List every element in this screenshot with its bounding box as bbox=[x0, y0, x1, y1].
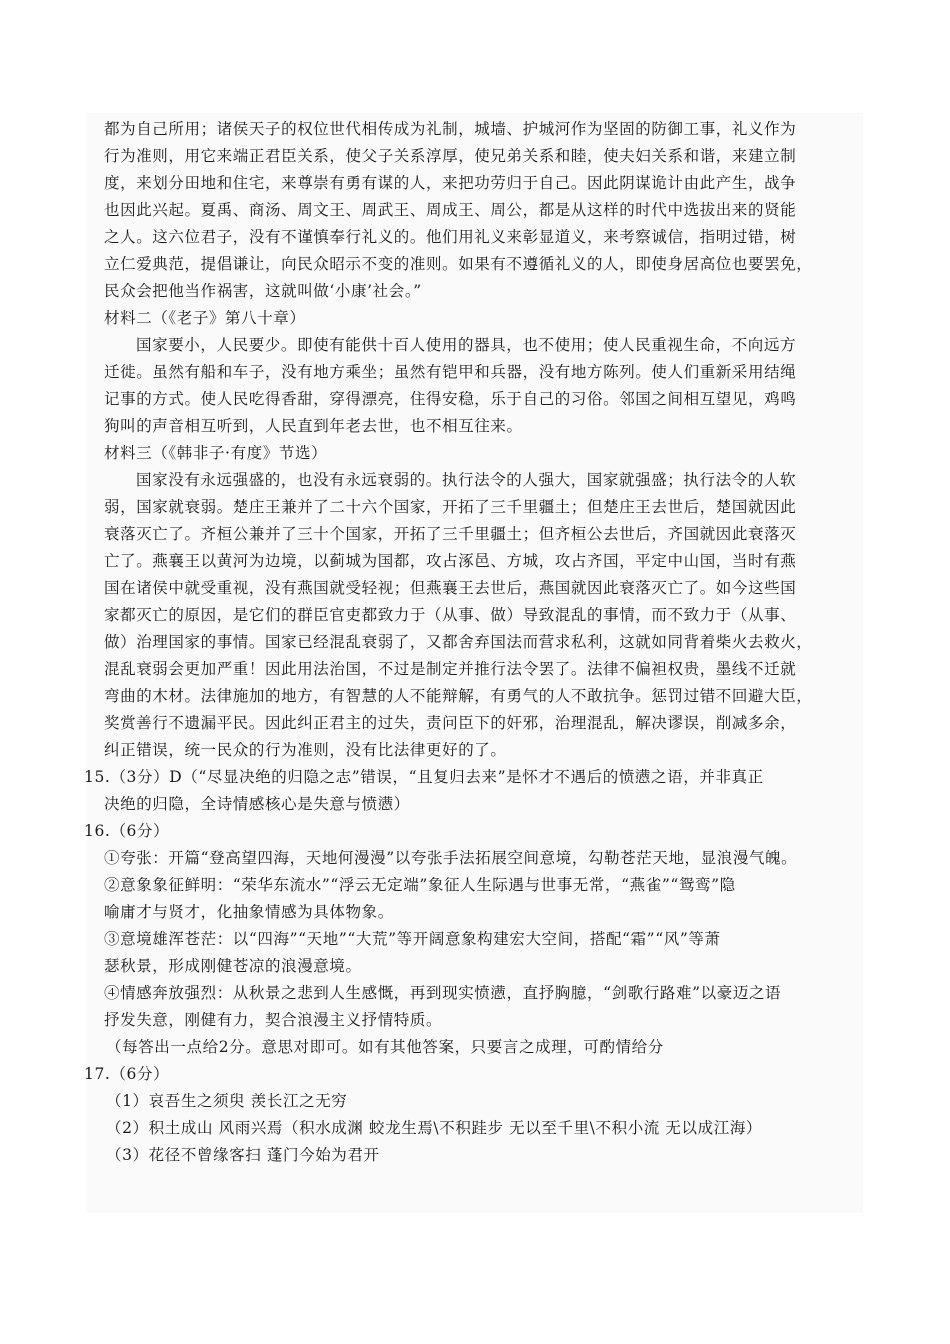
question-title: 16.（6分） bbox=[84, 818, 864, 845]
text-line: 亡了。燕襄王以黄河为边境，以蓟城为国都，攻占涿邑、方城，攻占齐国，平定中山国，当… bbox=[84, 548, 864, 575]
text-line: 国在诸侯中就受重视，没有燕国就受轻视；但燕襄王去世后，燕国就因此衰落灭亡了。如今… bbox=[84, 575, 864, 602]
text-line: 都为自己所用；诸侯天子的权位世代相传成为礼制，城墙、护城河作为坚固的防御工事，礼… bbox=[84, 116, 864, 143]
text-line: 迁徙。虽然有船和车子，没有地方乘坐；虽然有铠甲和兵器，没有地方陈列。使人们重新采… bbox=[84, 359, 864, 386]
text-line: 也因此兴起。夏禹、商汤、周文王、周武王、周成王、周公，都是从这样的时代中选拔出来… bbox=[84, 197, 864, 224]
answer-point: ④情感奔放强烈：从秋景之悲到人生感慨，再到现实愤懑，直抒胸臆，“剑歌行路难”以豪… bbox=[84, 980, 864, 1007]
answer-point: ②意象象征鲜明：“荣华东流水”“浮云无定端”象征人生际遇与世事无常，“燕雀”“鸳… bbox=[84, 872, 864, 899]
text-line: 记事的方式。使人民吃得香甜，穿得漂亮，住得安稳，乐于自己的习俗。邻国之间相互望见… bbox=[84, 386, 864, 413]
answer-point: 喻庸才与贤才，化抽象情感为具体物象。 bbox=[84, 899, 864, 926]
answer-point: ③意境雄浑苍茫：以“四海”“天地”“大荒”等开阔意象构建宏大空间，搭配“霜”“风… bbox=[84, 926, 864, 953]
question-15-answer: 15.（3分）D（“尽显决绝的归隐之志”错误，“且复归去来”是怀才不遇后的愤懑之… bbox=[84, 764, 864, 818]
question-line: 15.（3分）D（“尽显决绝的归隐之志”错误，“且复归去来”是怀才不遇后的愤懑之… bbox=[84, 764, 864, 791]
text-line: 之人。这六位君子，没有不谨慎奉行礼义的。他们用礼义来彰显道义，来考察诚信，指明过… bbox=[84, 224, 864, 251]
answer-point: ①夸张：开篇“登高望四海，天地何漫漫”以夸张手法拓展空间意境，勾勒苍茫天地，显浪… bbox=[84, 845, 864, 872]
question-line: 决绝的归隐，全诗情感核心是失意与愤懑） bbox=[84, 791, 864, 818]
text-line: 奖赏善行不遗漏平民。因此纠正君主的过失，责问臣下的奸邪，治理混乱，解决谬误，削减… bbox=[84, 710, 864, 737]
text-line: 行为准则，用它来端正君臣关系，使父子关系淳厚，使兄弟关系和睦，使夫妇关系和谐，来… bbox=[84, 143, 864, 170]
answer-item: （2）积土成山 风雨兴焉（积水成渊 蛟龙生焉\不积跬步 无以至千里\不积小流 无… bbox=[84, 1115, 864, 1142]
question-16-answer: 16.（6分） ①夸张：开篇“登高望四海，天地何漫漫”以夸张手法拓展空间意境，勾… bbox=[84, 818, 864, 1061]
text-line: 衰落灭亡了。齐桓公兼并了三十个国家，开拓了三千里疆土；但齐桓公去世后，齐国就因此… bbox=[84, 521, 864, 548]
material-heading: 材料三（《韩非子·有度》节选） bbox=[84, 440, 864, 467]
text-line: 狗叫的声音相互听到，人民直到年老去世，也不相互往来。 bbox=[84, 413, 864, 440]
text-line: 纠正错误，统一民众的行为准则，没有比法律更好的了。 bbox=[84, 737, 864, 764]
text-line: 民众会把他当作祸害，这就叫做‘小康’社会。” bbox=[84, 278, 864, 305]
text-line: 立仁爱典范，提倡谦让，向民众昭示不变的准则。如果有不遵循礼义的人，即使身居高位也… bbox=[84, 251, 864, 278]
text-line: 度，来划分田地和住宅，来尊崇有勇有谋的人，来把功劳归于自己。因此阴谋诡计由此产生… bbox=[84, 170, 864, 197]
material-three: 材料三（《韩非子·有度》节选） 国家没有永远强盛的，也没有永远衰弱的。执行法令的… bbox=[84, 440, 864, 764]
material-heading: 材料二（《老子》第八十章） bbox=[84, 305, 864, 332]
text-line: 国家要小，人民要少。即使有能供十百人使用的器具，也不使用；使人民重视生命，不向远… bbox=[84, 332, 864, 359]
answer-item: （3）花径不曾缘客扫 蓬门今始为君开 bbox=[84, 1142, 864, 1169]
text-line: 混乱衰弱会更加严重！因此用法治国，不过是制定并推行法令罢了。法律不偏袒权贵，墨线… bbox=[84, 656, 864, 683]
text-line: 做）治理国家的事情。国家已经混乱衰弱了，又都舍弃国法而营求私利，这就如同背着柴火… bbox=[84, 629, 864, 656]
text-line: 家都灭亡的原因，是它们的群臣官吏都致力于（从事、做）导致混乱的事情，而不致力于（… bbox=[84, 602, 864, 629]
material-one-tail: 都为自己所用；诸侯天子的权位世代相传成为礼制，城墙、护城河作为坚固的防御工事，礼… bbox=[84, 116, 864, 305]
answer-item: （1）哀吾生之须臾 羡长江之无穷 bbox=[84, 1088, 864, 1115]
answer-document: 都为自己所用；诸侯天子的权位世代相传成为礼制，城墙、护城河作为坚固的防御工事，礼… bbox=[84, 116, 864, 1169]
question-title: 17.（6分） bbox=[84, 1061, 864, 1088]
answer-point: 抒发失意，刚健有力，契合浪漫主义抒情特质。 bbox=[84, 1007, 864, 1034]
text-line: 国家没有永远强盛的，也没有永远衰弱的。执行法令的人强大，国家就强盛；执行法令的人… bbox=[84, 467, 864, 494]
material-two: 材料二（《老子》第八十章） 国家要小，人民要少。即使有能供十百人使用的器具，也不… bbox=[84, 305, 864, 440]
text-line: 弱，国家就衰弱。楚庄王兼并了二十六个国家，开拓了三千里疆土；但楚庄王去世后，楚国… bbox=[84, 494, 864, 521]
scoring-note: （每答出一点给2分。意思对即可。如有其他答案，只要言之成理，可酌情给分 bbox=[84, 1034, 864, 1061]
question-17-answer: 17.（6分） （1）哀吾生之须臾 羡长江之无穷 （2）积土成山 风雨兴焉（积水… bbox=[84, 1061, 864, 1169]
answer-point: 瑟秋景，形成刚健苍凉的浪漫意境。 bbox=[84, 953, 864, 980]
text-line: 弯曲的木材。法律施加的地方，有智慧的人不能辩解，有勇气的人不敢抗争。惩罚过错不回… bbox=[84, 683, 864, 710]
